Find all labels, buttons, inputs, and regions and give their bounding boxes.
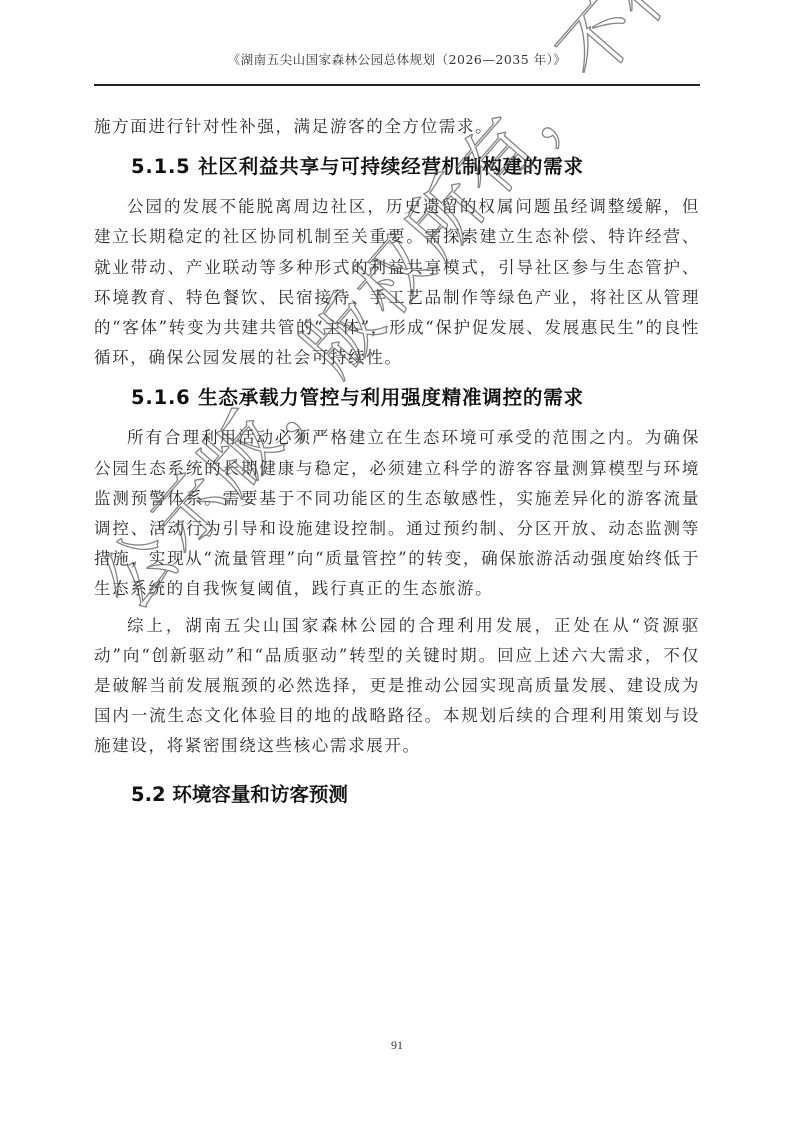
section-heading-5-2: 5.2 环境容量和访客预测 (131, 780, 700, 810)
section-5-1-6-paragraph: 所有合理利用活动必须严格建立在生态环境可承受的范围之内。为确保公园生态系统的长期… (94, 423, 700, 604)
section-heading-5-1-6: 5.1.6 生态承载力管控与利用强度精准调控的需求 (131, 383, 700, 413)
summary-paragraph: 综上，湖南五尖山国家森林公园的合理利用发展，正处在从“资源驱动”向“创新驱动”和… (94, 611, 700, 762)
header-divider (94, 84, 700, 86)
section-5-1-5-paragraph: 公园的发展不能脱离周边社区，历史遗留的权属问题虽经调整缓解，但建立长期稳定的社区… (94, 192, 700, 373)
continuation-paragraph: 施方面进行针对性补强，满足游客的全方位需求。 (94, 112, 700, 142)
running-header-title: 《湖南五尖山国家森林公园总体规划（2026—2035 年）》 (0, 50, 794, 68)
section-heading-5-1-5: 5.1.5 社区利益共享与可持续经营机制构建的需求 (131, 152, 700, 182)
page-number: 91 (0, 1038, 794, 1053)
page-content: 施方面进行针对性补强，满足游客的全方位需求。 5.1.5 社区利益共享与可持续经… (94, 112, 700, 810)
